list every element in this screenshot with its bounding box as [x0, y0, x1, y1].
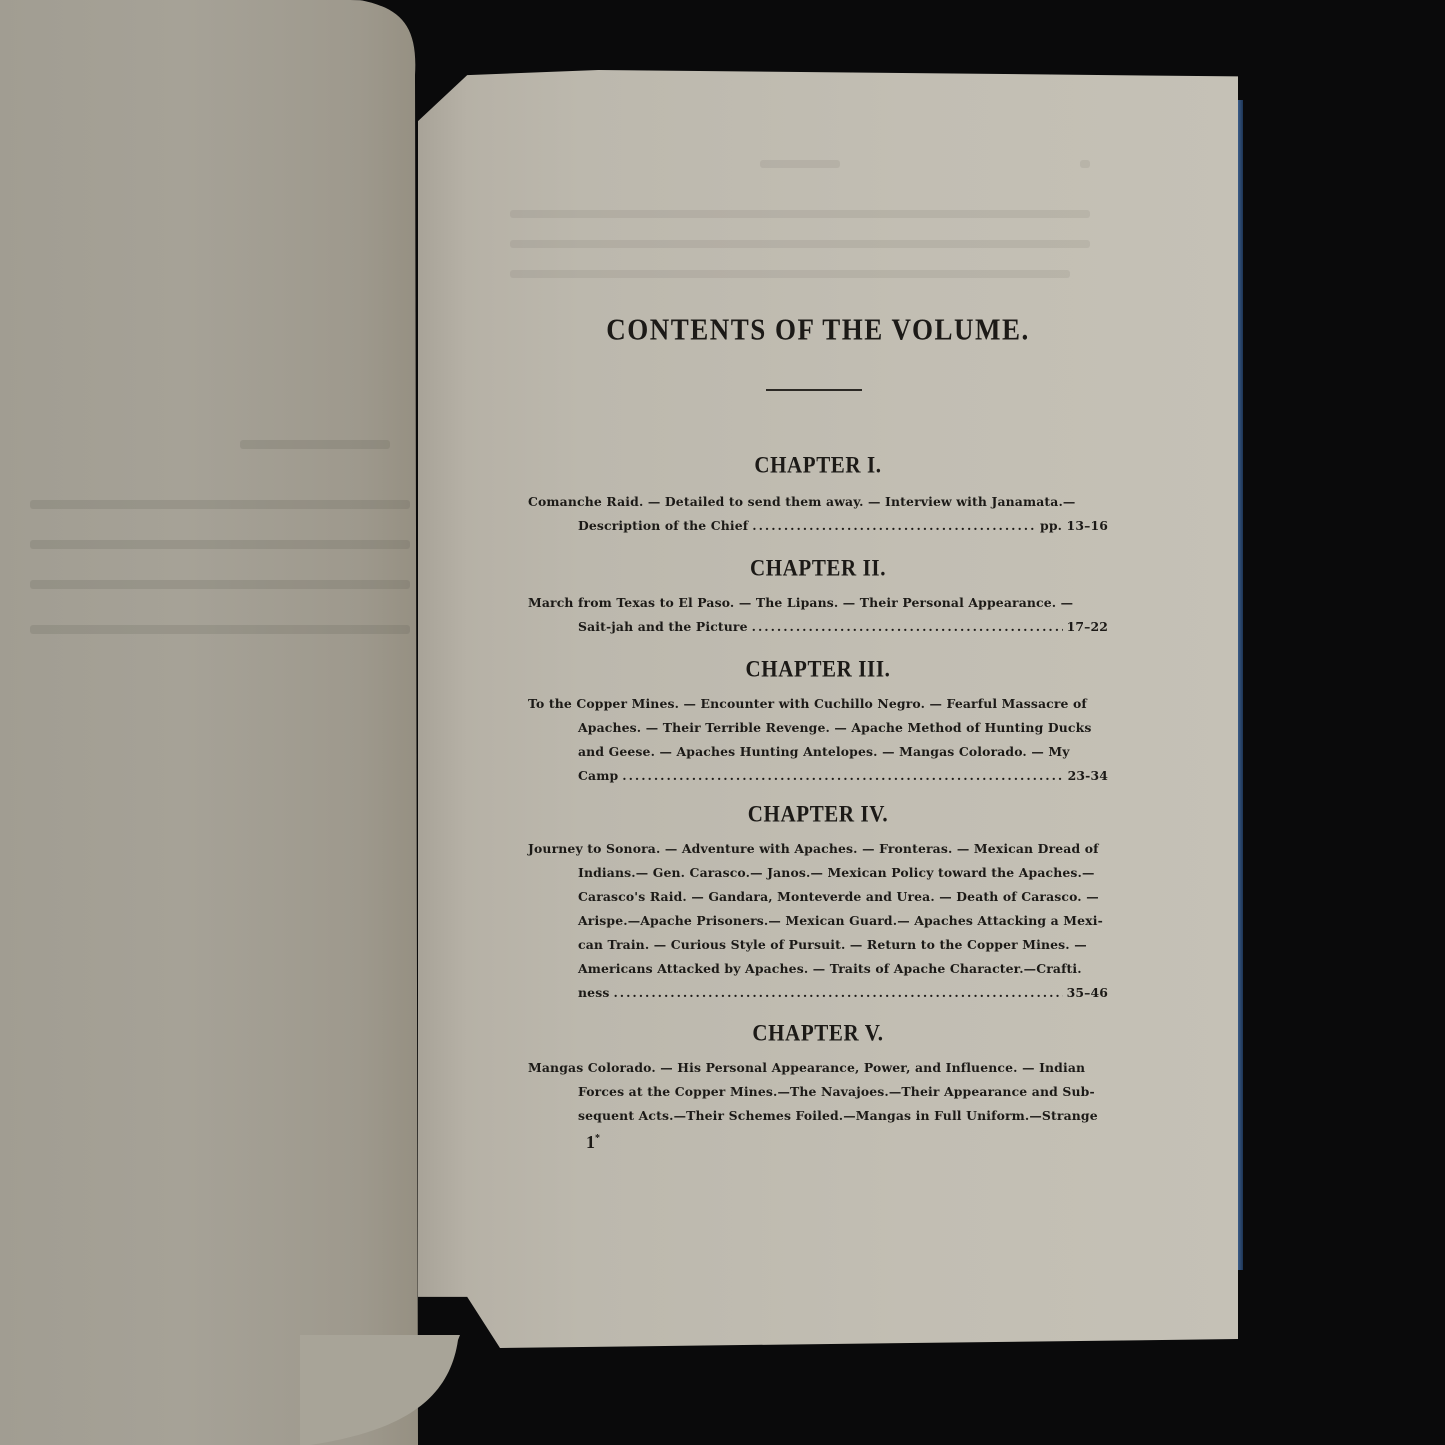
summary-last-line: Description of the Chief ...............… — [528, 514, 1108, 538]
chapter-heading: CHAPTER IV. — [528, 800, 1108, 828]
summary-line: March from Texas to El Paso. — The Lipan… — [528, 591, 1108, 615]
summary-line: Carasco's Raid. — Gandara, Monteverde an… — [528, 885, 1108, 909]
page-range: 23-34 — [1068, 764, 1108, 788]
summary-line: can Train. — Curious Style of Pursuit. —… — [528, 933, 1108, 957]
title-rule — [766, 389, 862, 391]
chapter-heading: CHAPTER II. — [528, 554, 1108, 582]
summary-last-line: ness ...................................… — [528, 981, 1108, 1005]
table-of-contents: CONTENTS OF THE VOLUME. CHAPTER I. Coman… — [528, 300, 1108, 1153]
summary-line: Comanche Raid. — Detailed to send them a… — [528, 490, 1108, 514]
chapter-5: CHAPTER V. Mangas Colorado. — His Person… — [528, 1021, 1108, 1128]
book-cover-edge — [1238, 100, 1243, 1270]
chapter-summary: Mangas Colorado. — His Personal Appearan… — [528, 1056, 1108, 1128]
leader-dots: ........................................… — [752, 514, 1036, 538]
summary-line: Mangas Colorado. — His Personal Appearan… — [528, 1056, 1108, 1080]
summary-last-line: Camp ...................................… — [528, 764, 1108, 788]
summary-line: To the Copper Mines. — Encounter with Cu… — [528, 692, 1108, 716]
summary-line: Apaches. — Their Terrible Revenge. — Apa… — [528, 716, 1108, 740]
chapter-summary: To the Copper Mines. — Encounter with Cu… — [528, 692, 1108, 788]
summary-line: and Geese. — Apaches Hunting Antelopes. … — [528, 740, 1108, 764]
summary-line: sequent Acts.—Their Schemes Foiled.—Mang… — [528, 1104, 1108, 1128]
leader-dots: ........................................… — [752, 615, 1063, 639]
chapter-summary: Journey to Sonora. — Adventure with Apac… — [528, 837, 1108, 1005]
summary-line: Forces at the Copper Mines.—The Navajoes… — [528, 1080, 1108, 1104]
summary-line: Arispe.—Apache Prisoners.— Mexican Guard… — [528, 909, 1108, 933]
page-range: pp. 13–16 — [1040, 514, 1108, 538]
page-range: 17–22 — [1067, 615, 1108, 639]
chapter-heading: CHAPTER V. — [528, 1019, 1108, 1047]
chapter-heading: CHAPTER I. — [528, 451, 1108, 479]
page-title: CONTENTS OF THE VOLUME. — [528, 312, 1108, 348]
chapter-3: CHAPTER III. To the Copper Mines. — Enco… — [528, 657, 1108, 788]
page-range: 35–46 — [1067, 981, 1108, 1005]
summary-line: Journey to Sonora. — Adventure with Apac… — [528, 837, 1108, 861]
left-page — [0, 0, 460, 1445]
summary-last-line: Sait-jah and the Picture ...............… — [528, 615, 1108, 639]
chapter-summary: Comanche Raid. — Detailed to send them a… — [528, 490, 1108, 538]
book-photo: CONTENTS OF THE VOLUME. CHAPTER I. Coman… — [0, 0, 1445, 1445]
chapter-heading: CHAPTER III. — [528, 655, 1108, 683]
signature-mark: 1* — [528, 1132, 1108, 1153]
leader-dots: ........................................… — [613, 981, 1062, 1005]
chapter-summary: March from Texas to El Paso. — The Lipan… — [528, 591, 1108, 639]
chapter-2: CHAPTER II. March from Texas to El Paso.… — [528, 556, 1108, 639]
summary-line: Indians.— Gen. Carasco.— Janos.— Mexican… — [528, 861, 1108, 885]
chapter-1: CHAPTER I. Comanche Raid. — Detailed to … — [528, 453, 1108, 538]
chapter-4: CHAPTER IV. Journey to Sonora. — Adventu… — [528, 802, 1108, 1005]
summary-line: Americans Attacked by Apaches. — Traits … — [528, 957, 1108, 981]
leader-dots: ........................................… — [622, 764, 1063, 788]
